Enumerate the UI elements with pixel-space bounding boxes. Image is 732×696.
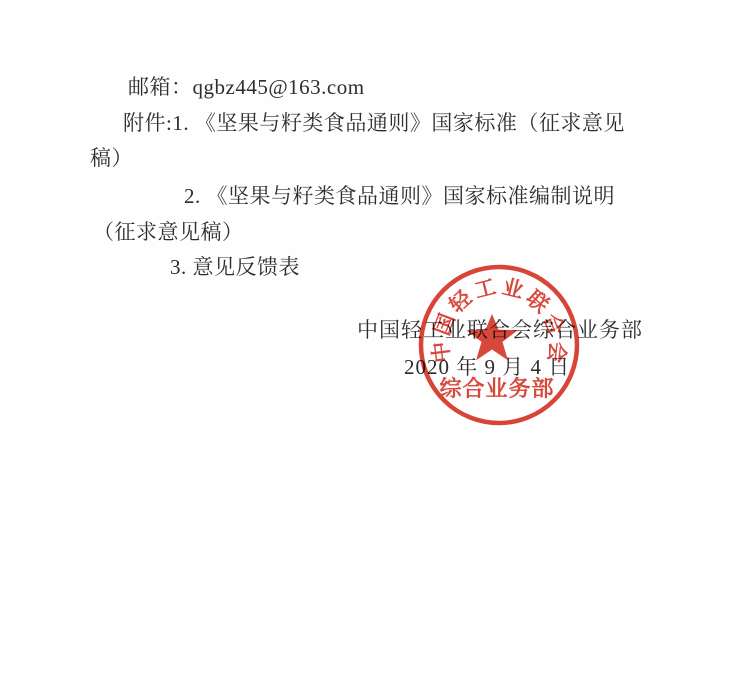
attachment-item1-line2: 稿）	[90, 146, 133, 170]
seal-arc-char: 联	[522, 286, 554, 318]
attachment-item1-line1: 附件:1. 《坚果与籽类食品通则》国家标准（征求意见	[123, 111, 625, 135]
seal-arc-char: 工	[472, 275, 498, 303]
star-icon	[466, 314, 517, 360]
attachment-item2-line2: （征求意见稿）	[93, 220, 244, 244]
attachment-item2-line1: 2. 《坚果与籽类食品通则》国家标准编制说明	[184, 184, 615, 208]
seal-arc-char: 中	[428, 340, 454, 364]
seal-bottom-text: 综合业务部	[439, 376, 554, 401]
seal-arc-char: 业	[500, 275, 526, 303]
email-line: 邮箱：qgbz445@163.com	[128, 75, 365, 99]
seal-arc-char: 合	[538, 310, 568, 338]
document-page: 邮箱：qgbz445@163.com 附件:1. 《坚果与籽类食品通则》国家标准…	[0, 0, 732, 696]
seal-arc-char: 会	[543, 340, 569, 364]
seal-arc-char: 国	[430, 310, 460, 338]
attachment-item3-line: 3. 意见反馈表	[170, 255, 300, 279]
official-seal: 中国轻工业联合会 综合业务部	[415, 263, 585, 433]
seal-arc-char: 轻	[444, 285, 477, 318]
